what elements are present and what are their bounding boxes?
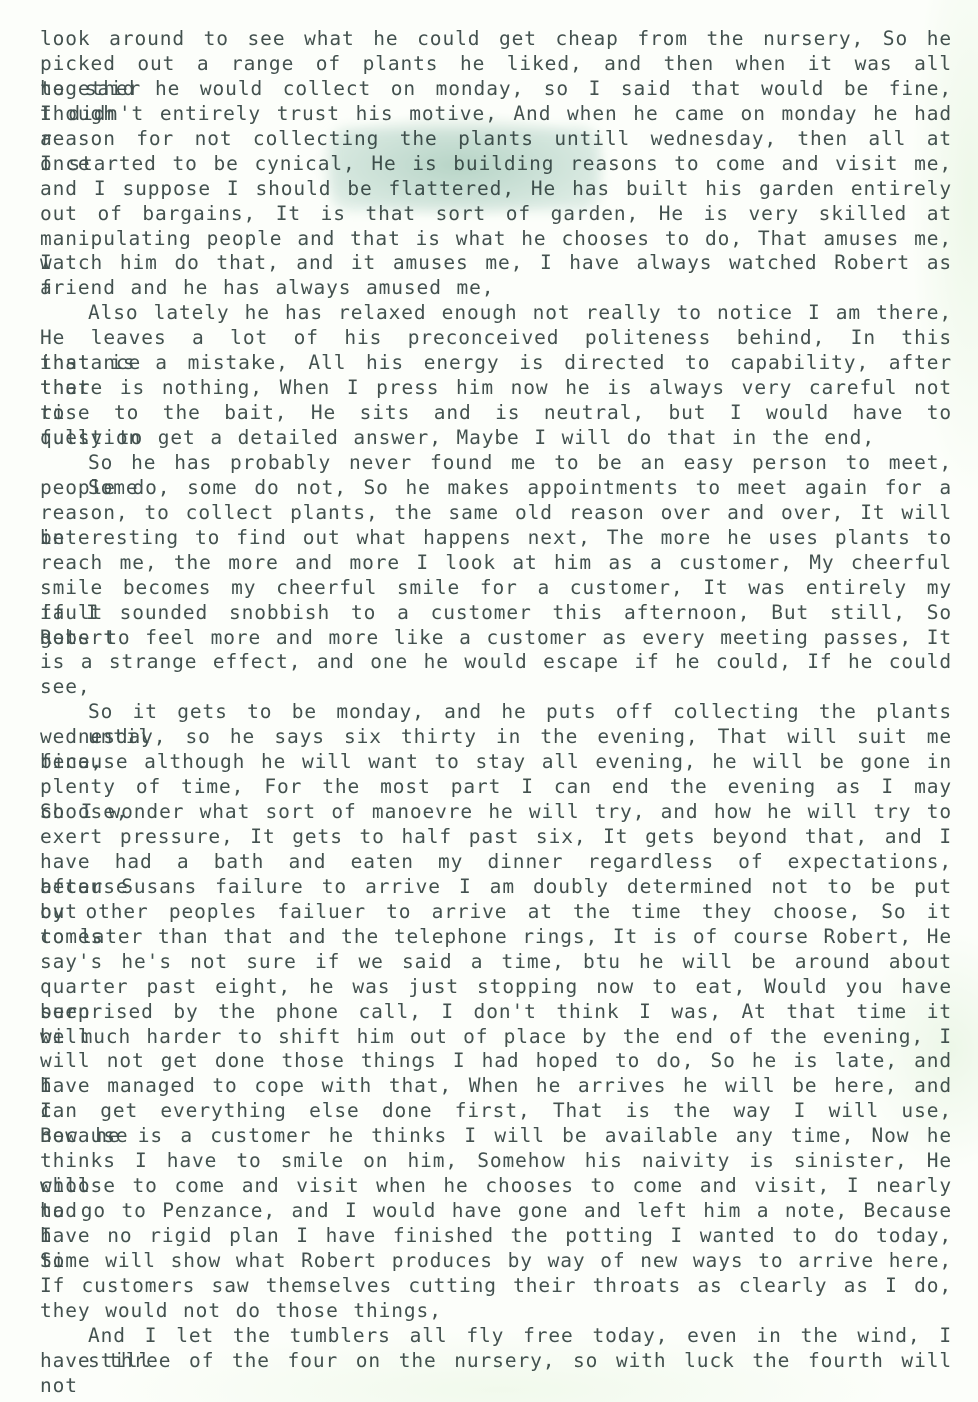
text-line: quarter past eight, he was just stopping…: [40, 975, 952, 1000]
text-line: now he is a customer he thinks I will be…: [40, 1124, 952, 1149]
text-line: to later than that and the telephone rin…: [40, 925, 952, 950]
paragraph: look around to see what he could get che…: [40, 27, 952, 301]
text-line: choose to come and visit when he chooses…: [40, 1174, 952, 1199]
text-line: will not get done those things I had hop…: [40, 1049, 952, 1074]
text-line: thinks I have to smile on him, Somehow h…: [40, 1149, 952, 1174]
text-line: is a strange effect, and one he would es…: [40, 650, 952, 675]
text-line: rise to the bait, He sits and is neutral…: [40, 401, 952, 426]
text-line: friend and he has always amused me,: [40, 276, 952, 301]
text-line: I didn't entirely trust his motive, And …: [40, 102, 952, 127]
text-line: have managed to cope with that, When he …: [40, 1074, 952, 1099]
text-line: He leaves a lot of his preconceived poli…: [40, 326, 952, 351]
text-line: time will show what Robert produces by w…: [40, 1249, 952, 1274]
text-line: people do, some do not, So he makes appo…: [40, 476, 952, 501]
paragraph: And I let the tumblers all fly free toda…: [40, 1324, 952, 1374]
text-line: reach me, the more and more I look at hi…: [40, 551, 952, 576]
text-line: say's he's not sure if we said a time, b…: [40, 950, 952, 975]
text-line: If customers saw themselves cutting thei…: [40, 1274, 952, 1299]
text-line: out of bargains, It is that sort of gard…: [40, 202, 952, 227]
text-line: reason, to collect plants, the same old …: [40, 501, 952, 526]
text-line: reason for not collecting the plants unt…: [40, 127, 952, 152]
text-line: gets to feel more and more like a custom…: [40, 626, 952, 651]
document-body: look around to see what he could get che…: [40, 27, 952, 1374]
text-line: have three of the four on the nursery, s…: [40, 1349, 952, 1374]
text-line: So I wonder what sort of manoevre he wil…: [40, 800, 952, 825]
text-line: exert pressure, It gets to half past six…: [40, 825, 952, 850]
text-line: by other peoples failuer to arrive at th…: [40, 900, 952, 925]
text-line: So it gets to be monday, and he puts off…: [40, 700, 952, 725]
text-line: And I let the tumblers all fly free toda…: [40, 1324, 952, 1349]
text-line: he said he would collect on monday, so I…: [40, 77, 952, 102]
text-line: they would not do those things,: [40, 1299, 952, 1324]
text-line: So he has probably never found me to be …: [40, 451, 952, 476]
text-line: can get everything else done first, That…: [40, 1099, 952, 1124]
text-line: surprised by the phone call, I don't thi…: [40, 1000, 952, 1025]
text-line: fully to get a detailed answer, Maybe I …: [40, 426, 952, 451]
text-line: picked out a range of plants he liked, a…: [40, 52, 952, 77]
text-line: have had a bath and eaten my dinner rega…: [40, 850, 952, 875]
paragraph: So he has probably never found me to be …: [40, 451, 952, 700]
text-line: I started to be cynical, He is building …: [40, 152, 952, 177]
text-line: there is nothing, When I press him now h…: [40, 376, 952, 401]
text-line: see,: [40, 675, 952, 700]
text-line: wednesday, so he says six thirty in the …: [40, 725, 952, 750]
text-line: be much harder to shift him out of place…: [40, 1025, 952, 1050]
text-line: after Susans failure to arrive I am doub…: [40, 875, 952, 900]
text-line: have no rigid plan I have finished the p…: [40, 1224, 952, 1249]
text-line: to go to Penzance, and I would have gone…: [40, 1199, 952, 1224]
text-line: if I sounded snobbish to a customer this…: [40, 601, 952, 626]
text-line: manipulating people and that is what he …: [40, 227, 952, 252]
text-line: that is a mistake, All his energy is dir…: [40, 351, 952, 376]
text-line: because although he will want to stay al…: [40, 750, 952, 775]
paragraph: So it gets to be monday, and he puts off…: [40, 700, 952, 1323]
paragraph: Also lately he has relaxed enough not re…: [40, 301, 952, 451]
text-line: plenty of time, For the most part I can …: [40, 775, 952, 800]
scanned-page: look around to see what he could get che…: [0, 0, 978, 1402]
text-line: look around to see what he could get che…: [40, 27, 952, 52]
text-line: and I suppose I should be flattered, He …: [40, 177, 952, 202]
text-line: smile becomes my cheerful smile for a cu…: [40, 576, 952, 601]
text-line: Also lately he has relaxed enough not re…: [40, 301, 952, 326]
text-line: interesting to find out what happens nex…: [40, 526, 952, 551]
text-line: watch him do that, and it amuses me, I h…: [40, 251, 952, 276]
